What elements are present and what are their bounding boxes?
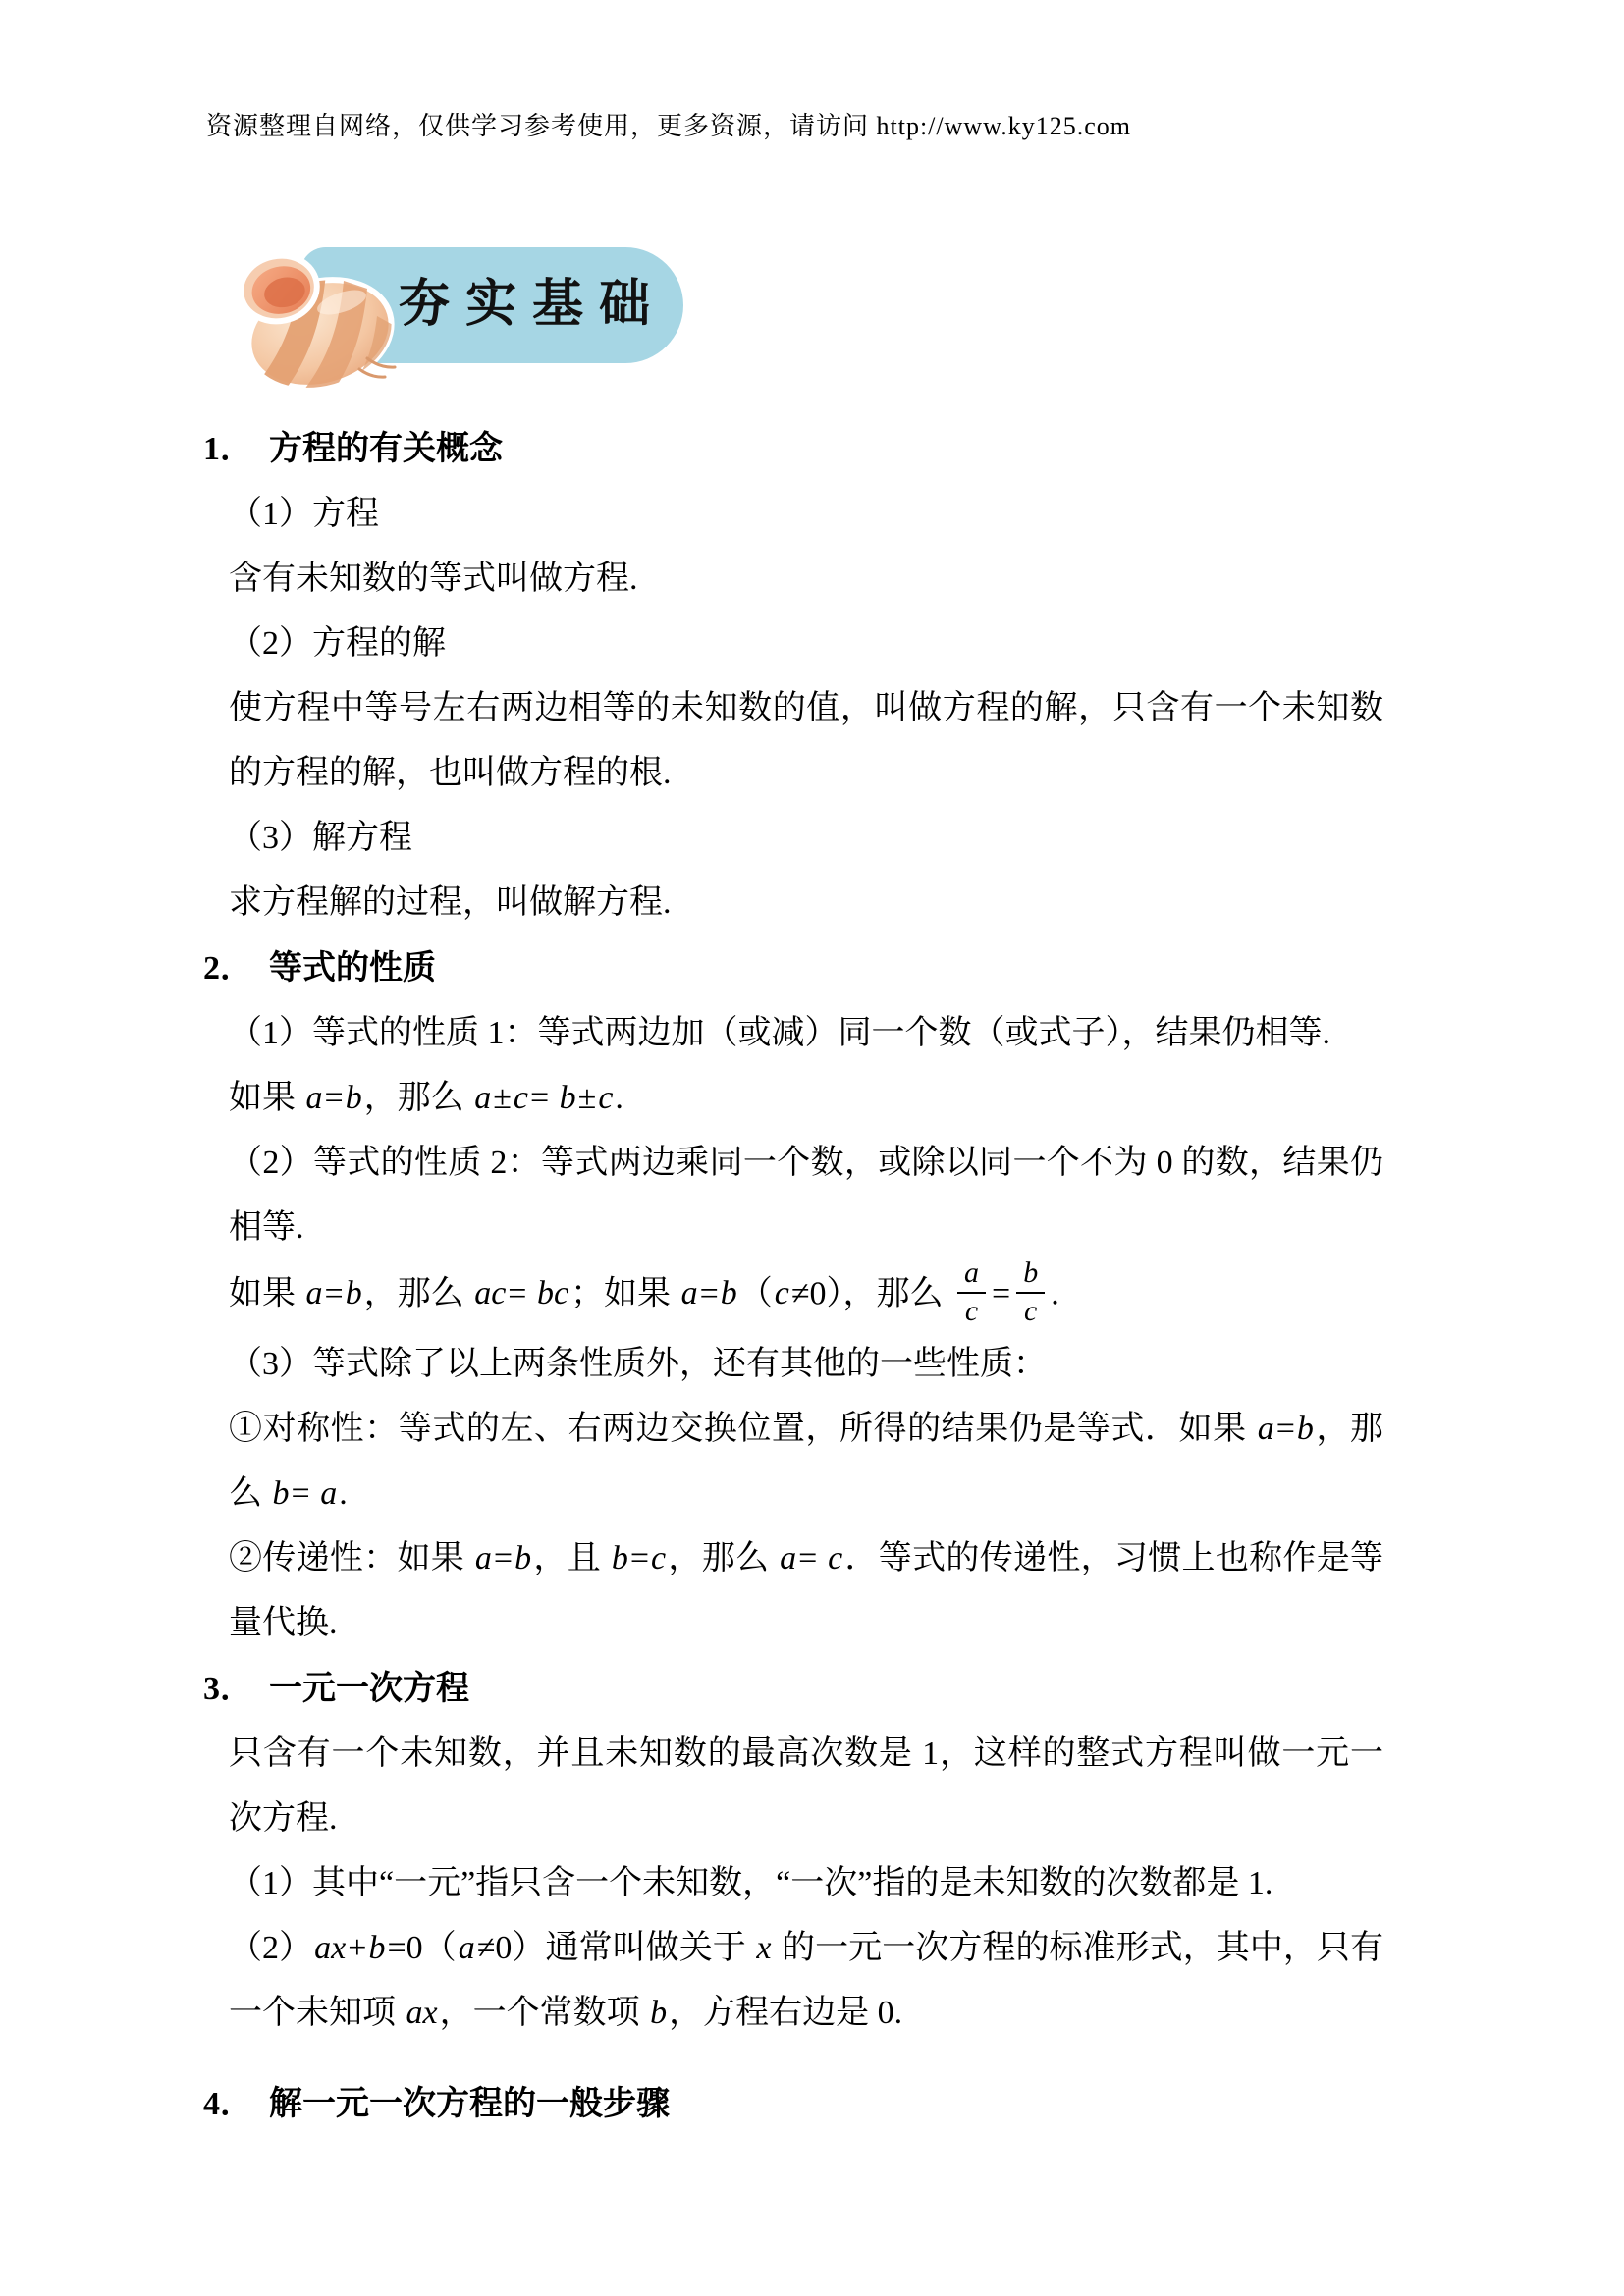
math-variable: a (778, 1540, 798, 1576)
section-title: 方程的有关概念 (269, 430, 503, 467)
math-variable: ax (312, 1930, 348, 1966)
text-run: （3）解方程 (229, 820, 412, 856)
conch-shell-icon (224, 234, 410, 402)
text-run: ，一个常数项 (440, 1995, 649, 2031)
text-run: . (615, 1080, 623, 1116)
text-run: ，方程右边是 0. (669, 1995, 902, 2031)
section-number: 1． (203, 431, 253, 467)
text-run: ①对称性：等式的左、右两边交换位置，所得的结果仍是等式．如果 (229, 1411, 1256, 1447)
section-title: 一元一次方程 (269, 1670, 469, 1707)
text-run: ，那么 (668, 1540, 778, 1576)
paragraph: （1）等式的性质 1：等式两边加（或减）同一个数（或式子），结果仍相等. (229, 1001, 1383, 1066)
text-run: 只含有一个未知数，并且未知数的最高次数是 1，这样的整式方程叫做一元一次方程. (229, 1735, 1383, 1837)
section-number: 4． (203, 2086, 253, 2122)
text-run: =0（ (387, 1930, 456, 1966)
paragraph: 求方程解的过程，叫做解方程. (229, 871, 1383, 935)
text-run: = (630, 1540, 649, 1576)
text-run: = (1276, 1411, 1295, 1447)
text-run: ≠0），那么 (791, 1275, 951, 1311)
text-run: 含有未知数的等式叫做方程. (229, 561, 638, 597)
text-run: ≠0）通常叫做关于 (477, 1930, 755, 1966)
text-run: = (530, 1080, 558, 1116)
paragraph: 如果 a=b，那么 a±c= b±c. (229, 1066, 1383, 1131)
text-run: ，那么 (364, 1080, 473, 1116)
paragraph: （2）ax+b=0（a≠0）通常叫做关于 x 的一元一次方程的标准形式，其中，只… (229, 1916, 1383, 2046)
paragraph: （1）其中“一元”指只含一个未知数，“一次”指的是未知数的次数都是 1. (229, 1851, 1383, 1916)
text-run: ，且 (533, 1540, 610, 1576)
text-run: （1）方程 (229, 496, 379, 532)
math-variable: a (457, 1930, 477, 1966)
text-run: （ (739, 1275, 773, 1311)
paragraph: 如果 a=b，那么 ac= bc；如果 a=b（c≠0），那么 ac=bc. (229, 1260, 1383, 1332)
text-run: = (494, 1540, 513, 1576)
text-run: = (325, 1080, 344, 1116)
text-run: + (348, 1930, 366, 1966)
math-variable: a (318, 1475, 339, 1512)
paragraph: （1）方程 (229, 482, 1383, 547)
section-heading: 3．一元一次方程 (203, 1656, 1383, 1722)
text-run: （2）方程的解 (229, 625, 446, 662)
math-variable: b (719, 1275, 739, 1311)
paragraph: ②传递性：如果 a=b，且 b=c，那么 a= c．等式的传递性，习惯上也称作是… (229, 1526, 1383, 1656)
math-variable: a (304, 1275, 325, 1311)
paragraph: （3）解方程 (229, 806, 1383, 871)
text-run: . (1051, 1275, 1059, 1311)
math-variable: a (1256, 1411, 1276, 1447)
section-heading: 4．解一元一次方程的一般步骤 (203, 2071, 1383, 2137)
text-run: ；如果 (570, 1275, 679, 1311)
section-heading: 1．方程的有关概念 (203, 416, 1383, 482)
paragraph: 使方程中等号左右两边相等的未知数的值，叫做方程的解，只含有一个未知数的方程的解，… (229, 676, 1383, 806)
math-variable: b (648, 1995, 669, 2031)
text-run: （2） (229, 1930, 312, 1966)
text-run: ± (578, 1080, 597, 1116)
math-variable: c (596, 1080, 615, 1116)
fraction: ac (957, 1256, 986, 1328)
section-number: 2． (203, 950, 253, 987)
paragraph: 只含有一个未知数，并且未知数的最高次数是 1，这样的整式方程叫做一元一次方程. (229, 1722, 1383, 1851)
text-run: 求方程解的过程，叫做解方程. (229, 884, 672, 921)
section-title: 等式的性质 (269, 949, 436, 987)
document-page: 资源整理自网络，仅供学习参考使用，更多资源，请访问 http://www.ky1… (0, 0, 1624, 2296)
section-heading: 2．等式的性质 (203, 935, 1383, 1001)
text-run: （1）其中“一元”指只含一个未知数，“一次”指的是未知数的次数都是 1. (229, 1865, 1272, 1901)
paragraph: ①对称性：等式的左、右两边交换位置，所得的结果仍是等式．如果 a=b，那么 b=… (229, 1397, 1383, 1526)
math-variable: b (1295, 1411, 1316, 1447)
math-variable: a (473, 1540, 494, 1576)
math-variable: ax (405, 1995, 440, 2031)
math-variable: ac (472, 1275, 508, 1311)
math-variable: c (826, 1540, 844, 1576)
math-variable: b (610, 1540, 630, 1576)
section-number: 3． (203, 1671, 253, 1707)
text-run: 使方程中等号左右两边相等的未知数的值，叫做方程的解，只含有一个未知数的方程的解，… (229, 690, 1383, 791)
text-run: （3）等式除了以上两条性质外，还有其他的一些性质： (229, 1346, 1047, 1382)
math-variable: a (472, 1080, 493, 1116)
text-run: （1）等式的性质 1：等式两边加（或减）同一个数（或式子），结果仍相等. (229, 1015, 1330, 1051)
text-run: ，那么 (364, 1275, 473, 1311)
paragraph: （2）等式的性质 2：等式两边乘同一个数，或除以同一个不为 0 的数，结果仍相等… (229, 1131, 1383, 1260)
text-run: （2）等式的性质 2：等式两边乘同一个数，或除以同一个不为 0 的数，结果仍相等… (229, 1145, 1383, 1246)
math-variable: a (304, 1080, 325, 1116)
text-run: ± (493, 1080, 512, 1116)
math-variable: bc (535, 1275, 570, 1311)
text-run: . (339, 1475, 348, 1512)
math-variable: b (344, 1080, 364, 1116)
source-note: 资源整理自网络，仅供学习参考使用，更多资源，请访问 http://www.ky1… (206, 106, 1131, 142)
math-variable: b (366, 1930, 387, 1966)
text-run: = (292, 1475, 319, 1512)
paragraph: 含有未知数的等式叫做方程. (229, 547, 1383, 612)
text-run: ②传递性：如果 (229, 1540, 473, 1576)
fraction: bc (1016, 1256, 1045, 1328)
section-title: 解一元一次方程的一般步骤 (269, 2085, 670, 2122)
math-variable: b (558, 1080, 578, 1116)
paragraph: （3）等式除了以上两条性质外，还有其他的一些性质： (229, 1332, 1383, 1397)
math-variable: a (679, 1275, 700, 1311)
math-variable: c (773, 1275, 791, 1311)
document-body: 1．方程的有关概念（1）方程含有未知数的等式叫做方程.（2）方程的解使方程中等号… (203, 416, 1383, 2137)
text-run: = (508, 1275, 535, 1311)
text-run: = (325, 1275, 344, 1311)
math-variable: b (513, 1540, 533, 1576)
math-variable: c (512, 1080, 530, 1116)
math-variable: x (754, 1930, 773, 1966)
text-run: 如果 (229, 1275, 304, 1311)
text-run: 如果 (229, 1080, 304, 1116)
text-run: = (700, 1275, 719, 1311)
section-banner: 夯实基础 (224, 234, 734, 405)
text-run: = (992, 1275, 1010, 1311)
math-variable: b (271, 1475, 292, 1512)
math-variable: c (649, 1540, 668, 1576)
math-variable: b (344, 1275, 364, 1311)
paragraph: （2）方程的解 (229, 612, 1383, 676)
text-run: = (798, 1540, 826, 1576)
